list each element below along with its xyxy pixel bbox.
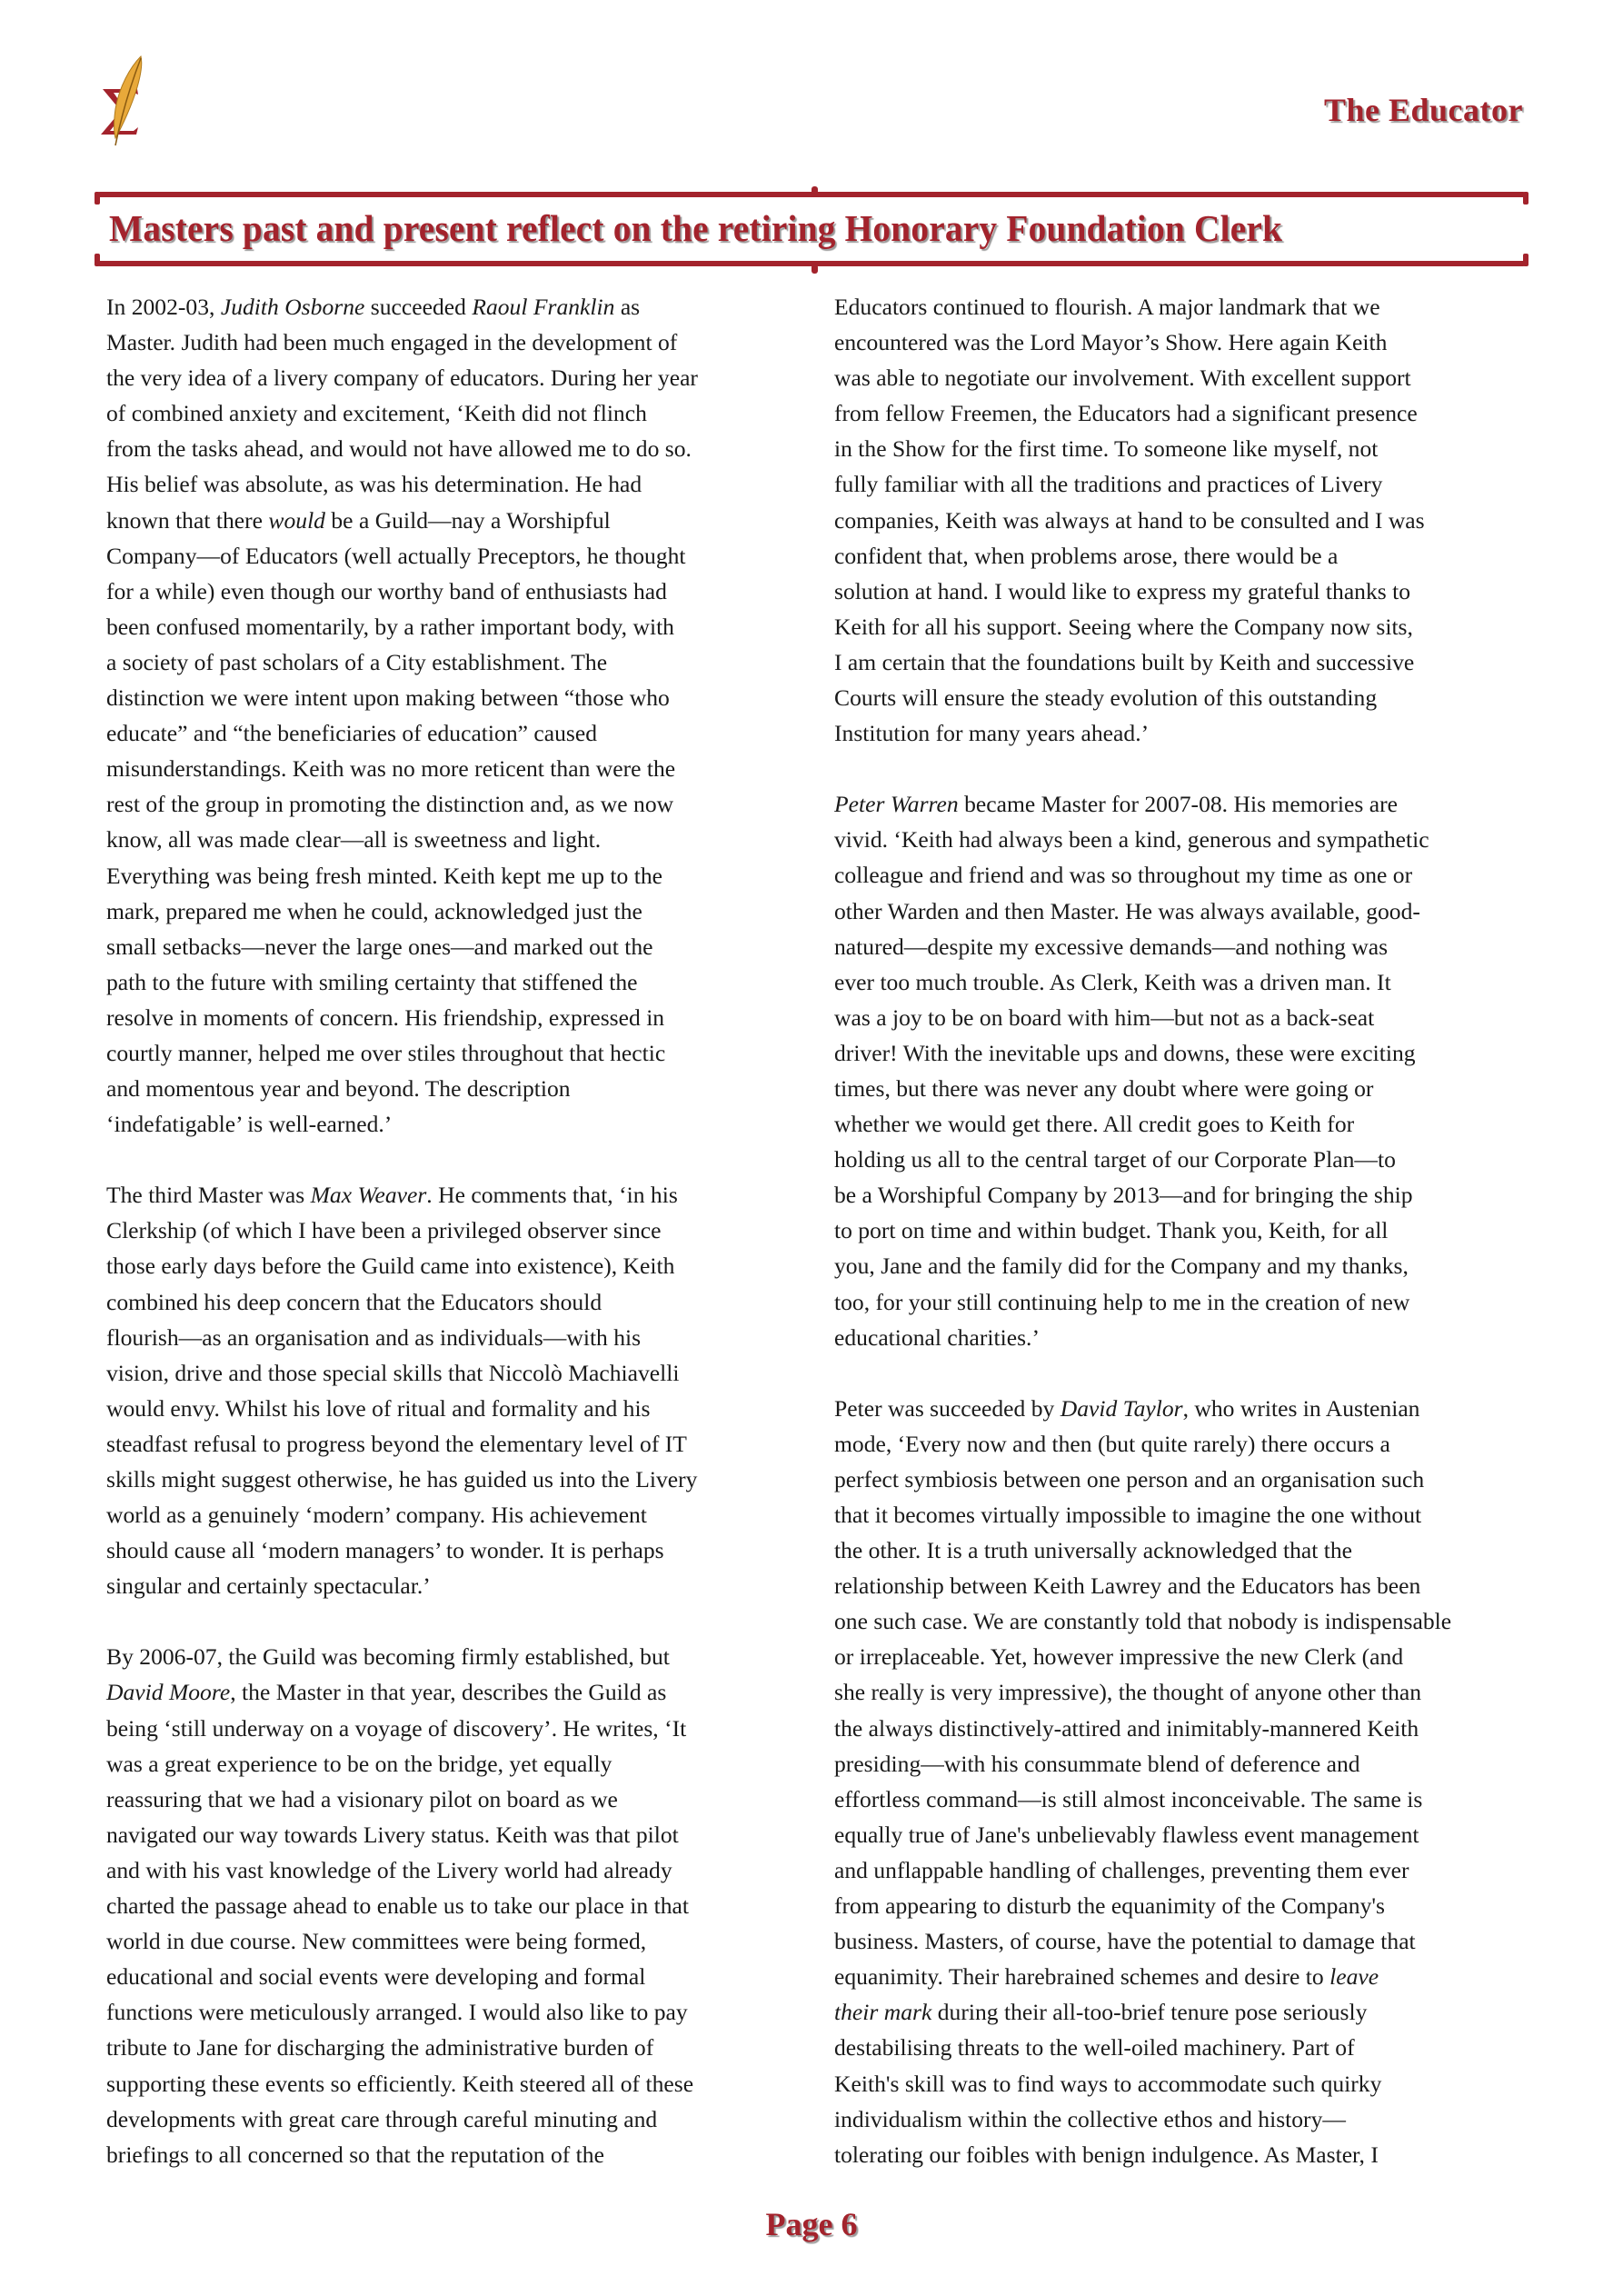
text-run: solution at hand. I would like to expres… — [834, 578, 1410, 604]
text-run: , who writes in Austenian — [1183, 1395, 1420, 1422]
text-run: flourish—as an organisation and as indiv… — [106, 1324, 641, 1351]
text-line: equanimity. Their harebrained schemes an… — [834, 1959, 1525, 1994]
text-run: be a Guild—nay a Worshipful — [325, 507, 611, 534]
text-run: misunderstandings. Keith was no more ret… — [106, 755, 675, 782]
text-line: companies, Keith was always at hand to b… — [834, 503, 1525, 538]
article-title-banner: Masters past and present reflect on the … — [91, 186, 1532, 268]
text-run: world as a genuinely ‘modern’ company. H… — [106, 1502, 647, 1528]
text-run: relationship between Keith Lawrey and th… — [834, 1572, 1420, 1599]
text-run: Courts will ensure the steady evolution … — [834, 684, 1377, 711]
text-run: confident that, when problems arose, the… — [834, 543, 1338, 569]
text-run: briefings to all concerned so that the r… — [106, 2141, 604, 2168]
text-run: developments with great care through car… — [106, 2106, 657, 2132]
text-run: whether we would get there. All credit g… — [834, 1111, 1354, 1137]
text-line: from appearing to disturb the equanimity… — [834, 1888, 1525, 1923]
text-line: reassuring that we had a visionary pilot… — [106, 1782, 797, 1817]
article-paragraph: In 2002-03, Judith Osborne succeeded Rao… — [106, 289, 797, 1142]
text-run: as — [614, 294, 640, 320]
text-line: Courts will ensure the steady evolution … — [834, 680, 1525, 715]
text-run: and unflappable handling of challenges, … — [834, 1857, 1409, 1883]
text-line: fully familiar with all the traditions a… — [834, 466, 1525, 502]
text-line: Institution for many years ahead.’ — [834, 715, 1525, 751]
text-line: I am certain that the foundations built … — [834, 644, 1525, 680]
text-run: steadfast refusal to progress beyond the… — [106, 1431, 687, 1457]
text-run: you, Jane and the family did for the Com… — [834, 1253, 1409, 1279]
rule-cap — [1523, 192, 1528, 205]
text-run: Clerkship (of which I have been a privil… — [106, 1217, 661, 1243]
text-run: ‘indefatigable’ is well-earned.’ — [106, 1111, 392, 1137]
text-line: driver! With the inevitable ups and down… — [834, 1035, 1525, 1071]
article-column-right: Educators continued to flourish. A major… — [834, 289, 1525, 2208]
text-line: tribute to Jane for discharging the admi… — [106, 2030, 797, 2065]
text-run: a society of past scholars of a City est… — [106, 649, 607, 675]
text-run: was a joy to be on board with him—but no… — [834, 1004, 1374, 1031]
italic-name: Max Weaver — [311, 1182, 427, 1208]
text-line: vivid. ‘Keith had always been a kind, ge… — [834, 822, 1525, 857]
text-line: Master. Judith had been much engaged in … — [106, 324, 797, 360]
article-paragraph: The third Master was Max Weaver. He comm… — [106, 1177, 797, 1603]
text-run: rest of the group in promoting the disti… — [106, 791, 673, 817]
text-run: equanimity. Their harebrained schemes an… — [834, 1963, 1329, 1990]
text-line: Keith's skill was to find ways to accomm… — [834, 2066, 1525, 2101]
text-line: presiding—with his consummate blend of d… — [834, 1746, 1525, 1782]
text-line: Educators continued to flourish. A major… — [834, 289, 1525, 324]
italic-name: leave — [1329, 1963, 1379, 1990]
text-line: mode, ‘Every now and then (but quite rar… — [834, 1426, 1525, 1462]
text-run: was able to negotiate our involvement. W… — [834, 364, 1411, 391]
text-line: was able to negotiate our involvement. W… — [834, 360, 1525, 395]
text-run: distinction we were intent upon making b… — [106, 684, 670, 711]
text-run: of combined anxiety and excitement, ‘Kei… — [106, 400, 647, 426]
italic-name: David Moore — [106, 1679, 230, 1705]
text-run: those early days before the Guild came i… — [106, 1253, 674, 1279]
text-line: and momentous year and beyond. The descr… — [106, 1071, 797, 1106]
text-run: that it becomes virtually impossible to … — [834, 1502, 1421, 1528]
text-line: should cause all ‘modern managers’ to wo… — [106, 1532, 797, 1568]
text-line: confident that, when problems arose, the… — [834, 538, 1525, 574]
text-run: be a Worshipful Company by 2013—and for … — [834, 1182, 1413, 1208]
text-run: Keith's skill was to find ways to accomm… — [834, 2071, 1381, 2097]
text-line: vision, drive and those special skills t… — [106, 1355, 797, 1391]
text-run: too, for your still continuing help to m… — [834, 1289, 1409, 1315]
text-line: for a while) even though our worthy band… — [106, 574, 797, 609]
text-run: , the Master in that year, describes the… — [230, 1679, 666, 1705]
quill-sigma-logo-icon — [95, 55, 159, 155]
text-line: developments with great care through car… — [106, 2101, 797, 2137]
text-run: mode, ‘Every now and then (but quite rar… — [834, 1431, 1390, 1457]
text-line: perfect symbiosis between one person and… — [834, 1462, 1525, 1497]
text-run: . He comments that, ‘in his — [426, 1182, 678, 1208]
article-title: Masters past and present reflect on the … — [109, 206, 1282, 250]
text-line: charted the passage ahead to enable us t… — [106, 1888, 797, 1923]
text-line: know, all was made clear—all is sweetnes… — [106, 822, 797, 857]
text-line: singular and certainly spectacular.’ — [106, 1568, 797, 1603]
text-run: was a great experience to be on the brid… — [106, 1751, 612, 1777]
text-line: In 2002-03, Judith Osborne succeeded Rao… — [106, 289, 797, 324]
text-line: or irreplaceable. Yet, however impressiv… — [834, 1639, 1525, 1674]
text-run: she really is very impressive), the thou… — [834, 1679, 1421, 1705]
text-run: the other. It is a truth universally ack… — [834, 1537, 1352, 1563]
text-line: mark, prepared me when he could, acknowl… — [106, 893, 797, 929]
text-line: Peter was succeeded by David Taylor, who… — [834, 1391, 1525, 1426]
text-run: would envy. Whilst his love of ritual an… — [106, 1395, 651, 1422]
text-run: been confused momentarily, by a rather i… — [106, 614, 674, 640]
text-run: path to the future with smiling certaint… — [106, 969, 637, 995]
article-paragraph: By 2006-07, the Guild was becoming firml… — [106, 1639, 797, 2171]
text-run: holding us all to the central target of … — [834, 1146, 1396, 1173]
text-line: be a Worshipful Company by 2013—and for … — [834, 1177, 1525, 1213]
text-line: was a joy to be on board with him—but no… — [834, 1000, 1525, 1035]
text-run: equally true of Jane's unbelievably flaw… — [834, 1822, 1419, 1848]
text-run: times, but there was never any doubt whe… — [834, 1075, 1373, 1102]
text-run: Keith for all his support. Seeing where … — [834, 614, 1413, 640]
text-line: ‘indefatigable’ is well-earned.’ — [106, 1106, 797, 1142]
text-run: The third Master was — [106, 1182, 311, 1208]
text-run: reassuring that we had a visionary pilot… — [106, 1786, 618, 1812]
text-line: combined his deep concern that the Educa… — [106, 1284, 797, 1320]
text-line: Company—of Educators (well actually Prec… — [106, 538, 797, 574]
text-line: individualism within the collective etho… — [834, 2101, 1525, 2137]
text-line: relationship between Keith Lawrey and th… — [834, 1568, 1525, 1603]
text-run: educational charities.’ — [834, 1324, 1040, 1351]
text-line: the always distinctively-attired and ini… — [834, 1711, 1525, 1746]
text-line: Keith for all his support. Seeing where … — [834, 609, 1525, 644]
text-run: Educators continued to flourish. A major… — [834, 294, 1380, 320]
text-line: times, but there was never any doubt whe… — [834, 1071, 1525, 1106]
italic-name: their mark — [834, 1999, 931, 2025]
text-line: too, for your still continuing help to m… — [834, 1284, 1525, 1320]
text-line: those early days before the Guild came i… — [106, 1248, 797, 1283]
text-line: rest of the group in promoting the disti… — [106, 786, 797, 822]
text-line: she really is very impressive), the thou… — [834, 1674, 1525, 1710]
text-run: to port on time and within budget. Thank… — [834, 1217, 1388, 1243]
text-run: or irreplaceable. Yet, however impressiv… — [834, 1643, 1403, 1670]
text-line: other Warden and then Master. He was alw… — [834, 893, 1525, 929]
text-line: resolve in moments of concern. His frien… — [106, 1000, 797, 1035]
text-line: the other. It is a truth universally ack… — [834, 1532, 1525, 1568]
text-line: their mark during their all-too-brief te… — [834, 1994, 1525, 2030]
text-line: distinction we were intent upon making b… — [106, 680, 797, 715]
text-run: tolerating our foibles with benign indul… — [834, 2141, 1379, 2168]
publication-title: The Educator — [1324, 91, 1523, 129]
text-line: whether we would get there. All credit g… — [834, 1106, 1525, 1142]
italic-name: would — [268, 507, 325, 534]
text-line: small setbacks—never the large ones—and … — [106, 929, 797, 964]
text-line: holding us all to the central target of … — [834, 1142, 1525, 1177]
text-line: world in due course. New committees were… — [106, 1923, 797, 1959]
text-run: destabilising threats to the well-oiled … — [834, 2034, 1355, 2061]
text-line: to port on time and within budget. Thank… — [834, 1213, 1525, 1248]
text-line: a society of past scholars of a City est… — [106, 644, 797, 680]
text-run: and with his vast knowledge of the Liver… — [106, 1857, 672, 1883]
text-run: succeeded — [364, 294, 472, 320]
text-run: singular and certainly spectacular.’ — [106, 1572, 431, 1599]
text-line: the very idea of a livery company of edu… — [106, 360, 797, 395]
text-run: charted the passage ahead to enable us t… — [106, 1892, 689, 1919]
text-run: being ‘still underway on a voyage of dis… — [106, 1715, 686, 1742]
italic-name: Raoul Franklin — [472, 294, 614, 320]
text-run: small setbacks—never the large ones—and … — [106, 933, 653, 960]
text-line: one such case. We are constantly told th… — [834, 1603, 1525, 1639]
text-run: perfect symbiosis between one person and… — [834, 1466, 1424, 1492]
text-run: colleague and friend and was so througho… — [834, 862, 1412, 888]
article-paragraph: Peter was succeeded by David Taylor, who… — [834, 1391, 1525, 2172]
text-line: educational and social events were devel… — [106, 1959, 797, 1994]
text-run: His belief was absolute, as was his dete… — [106, 471, 642, 497]
text-run: navigated our way towards Livery status.… — [106, 1822, 679, 1848]
text-line: effortless command—is still almost incon… — [834, 1782, 1525, 1817]
text-line: steadfast refusal to progress beyond the… — [106, 1426, 797, 1462]
text-run: one such case. We are constantly told th… — [834, 1608, 1451, 1634]
text-run: effortless command—is still almost incon… — [834, 1786, 1422, 1812]
text-run: from appearing to disturb the equanimity… — [834, 1892, 1385, 1919]
text-run: during their all-too-brief tenure pose s… — [931, 1999, 1367, 2025]
text-run: became Master for 2007-08. His memories … — [959, 791, 1398, 817]
text-line: from the tasks ahead, and would not have… — [106, 431, 797, 466]
text-line: courtly manner, helped me over stiles th… — [106, 1035, 797, 1071]
text-line: solution at hand. I would like to expres… — [834, 574, 1525, 609]
italic-name: Peter Warren — [834, 791, 959, 817]
text-run: presiding—with his consummate blend of d… — [834, 1751, 1360, 1777]
text-line: from fellow Freemen, the Educators had a… — [834, 395, 1525, 431]
text-line: path to the future with smiling certaint… — [106, 964, 797, 1000]
text-line: Peter Warren became Master for 2007-08. … — [834, 786, 1525, 822]
text-line: world as a genuinely ‘modern’ company. H… — [106, 1497, 797, 1532]
rule-cap — [1523, 254, 1528, 266]
text-run: Company—of Educators (well actually Prec… — [106, 543, 686, 569]
text-run: fully familiar with all the traditions a… — [834, 471, 1382, 497]
text-line: encountered was the Lord Mayor’s Show. H… — [834, 324, 1525, 360]
text-line: being ‘still underway on a voyage of dis… — [106, 1711, 797, 1746]
text-line: destabilising threats to the well-oiled … — [834, 2030, 1525, 2065]
page-number: Page 6 — [0, 2205, 1623, 2243]
text-run: mark, prepared me when he could, acknowl… — [106, 898, 642, 924]
text-line: By 2006-07, the Guild was becoming firml… — [106, 1639, 797, 1674]
text-line: briefings to all concerned so that the r… — [106, 2137, 797, 2172]
text-run: natured—despite my excessive demands—and… — [834, 933, 1388, 960]
text-run: from the tasks ahead, and would not have… — [106, 435, 692, 462]
text-line: business. Masters, of course, have the p… — [834, 1923, 1525, 1959]
text-line: skills might suggest otherwise, he has g… — [106, 1462, 797, 1497]
article-paragraph: Educators continued to flourish. A major… — [834, 289, 1525, 751]
text-run: know, all was made clear—all is sweetnes… — [106, 826, 601, 853]
text-line: natured—despite my excessive demands—and… — [834, 929, 1525, 964]
text-run: individualism within the collective etho… — [834, 2106, 1346, 2132]
text-run: functions were meticulously arranged. I … — [106, 1999, 688, 2025]
text-run: educate” and “the beneficiaries of educa… — [106, 720, 597, 746]
text-line: supporting these events so efficiently. … — [106, 2066, 797, 2101]
text-run: supporting these events so efficiently. … — [106, 2071, 693, 2097]
text-run: known that there — [106, 507, 268, 534]
text-run: driver! With the inevitable ups and down… — [834, 1040, 1416, 1066]
text-run: ever too much trouble. As Clerk, Keith w… — [834, 969, 1391, 995]
text-line: The third Master was Max Weaver. He comm… — [106, 1177, 797, 1213]
text-run: business. Masters, of course, have the p… — [834, 1928, 1416, 1954]
text-line: and unflappable handling of challenges, … — [834, 1852, 1525, 1888]
text-line: in the Show for the first time. To someo… — [834, 431, 1525, 466]
text-run: the always distinctively-attired and ini… — [834, 1715, 1419, 1742]
text-run: for a while) even though our worthy band… — [106, 578, 667, 604]
text-run: and momentous year and beyond. The descr… — [106, 1075, 571, 1102]
text-run: other Warden and then Master. He was alw… — [834, 898, 1420, 924]
rule-cap — [95, 192, 100, 205]
text-line: ever too much trouble. As Clerk, Keith w… — [834, 964, 1525, 1000]
text-run: Everything was being fresh minted. Keith… — [106, 863, 662, 889]
text-run: educational and social events were devel… — [106, 1963, 645, 1990]
text-line: been confused momentarily, by a rather i… — [106, 609, 797, 644]
text-line: His belief was absolute, as was his dete… — [106, 466, 797, 502]
text-line: David Moore, the Master in that year, de… — [106, 1674, 797, 1710]
text-line: equally true of Jane's unbelievably flaw… — [834, 1817, 1525, 1852]
text-run: skills might suggest otherwise, he has g… — [106, 1466, 697, 1492]
text-run: Institution for many years ahead.’ — [834, 720, 1149, 746]
text-run: combined his deep concern that the Educa… — [106, 1289, 602, 1315]
text-line: Clerkship (of which I have been a privil… — [106, 1213, 797, 1248]
text-line: navigated our way towards Livery status.… — [106, 1817, 797, 1852]
rule-center-mark — [811, 265, 818, 274]
text-line: tolerating our foibles with benign indul… — [834, 2137, 1525, 2172]
text-run: I am certain that the foundations built … — [834, 649, 1414, 675]
text-line: flourish—as an organisation and as indiv… — [106, 1320, 797, 1355]
text-line: was a great experience to be on the brid… — [106, 1746, 797, 1782]
text-run: Master. Judith had been much engaged in … — [106, 329, 677, 355]
text-line: colleague and friend and was so througho… — [834, 857, 1525, 893]
text-line: would envy. Whilst his love of ritual an… — [106, 1391, 797, 1426]
text-run: should cause all ‘modern managers’ to wo… — [106, 1537, 664, 1563]
text-line: educational charities.’ — [834, 1320, 1525, 1355]
italic-name: David Taylor — [1060, 1395, 1183, 1422]
text-run: By 2006-07, the Guild was becoming firml… — [106, 1643, 670, 1670]
text-line: and with his vast knowledge of the Liver… — [106, 1852, 797, 1888]
text-run: from fellow Freemen, the Educators had a… — [834, 400, 1418, 426]
text-line: educate” and “the beneficiaries of educa… — [106, 715, 797, 751]
rule-center-mark — [811, 186, 818, 195]
text-line: that it becomes virtually impossible to … — [834, 1497, 1525, 1532]
text-line: known that there would be a Guild—nay a … — [106, 503, 797, 538]
text-run: vision, drive and those special skills t… — [106, 1360, 679, 1386]
text-line: misunderstandings. Keith was no more ret… — [106, 751, 797, 786]
article-paragraph: Peter Warren became Master for 2007-08. … — [834, 786, 1525, 1355]
text-run: Peter was succeeded by — [834, 1395, 1060, 1422]
text-line: you, Jane and the family did for the Com… — [834, 1248, 1525, 1283]
text-run: the very idea of a livery company of edu… — [106, 364, 698, 391]
italic-name: Judith Osborne — [221, 294, 365, 320]
text-run: encountered was the Lord Mayor’s Show. H… — [834, 329, 1387, 355]
text-line: of combined anxiety and excitement, ‘Kei… — [106, 395, 797, 431]
text-line: functions were meticulously arranged. I … — [106, 1994, 797, 2030]
text-line: Everything was being fresh minted. Keith… — [106, 858, 797, 893]
text-run: in the Show for the first time. To someo… — [834, 435, 1378, 462]
text-run: companies, Keith was always at hand to b… — [834, 507, 1425, 534]
rule-cap — [95, 254, 100, 266]
text-run: vivid. ‘Keith had always been a kind, ge… — [834, 826, 1429, 853]
text-run: courtly manner, helped me over stiles th… — [106, 1040, 665, 1066]
article-column-left: In 2002-03, Judith Osborne succeeded Rao… — [106, 289, 797, 2208]
text-run: world in due course. New committees were… — [106, 1928, 646, 1954]
text-run: In 2002-03, — [106, 294, 221, 320]
text-run: resolve in moments of concern. His frien… — [106, 1004, 664, 1031]
text-run: tribute to Jane for discharging the admi… — [106, 2034, 653, 2061]
